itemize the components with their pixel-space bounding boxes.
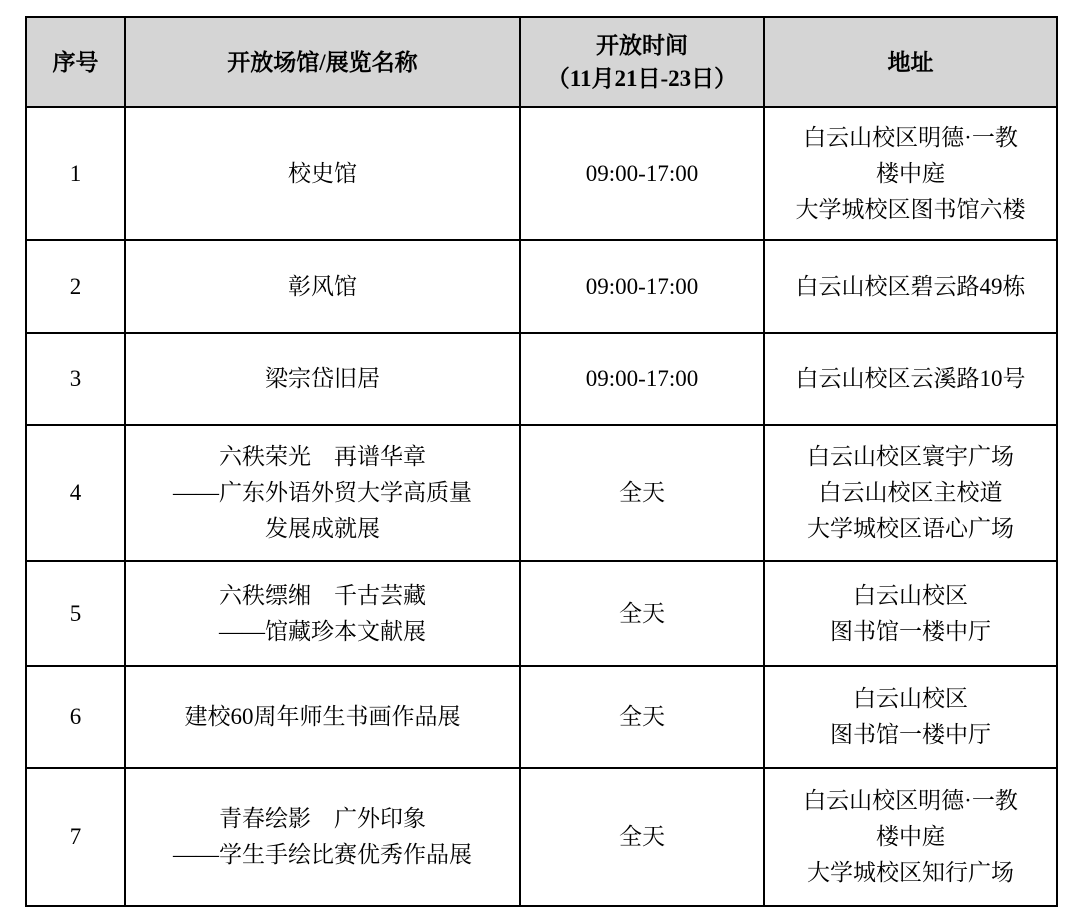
address-line: 图书馆一楼中厅	[771, 614, 1050, 650]
page: 序号 开放场馆/展览名称 开放时间 （11月21日-23日） 地址 1 校史馆 …	[0, 0, 1080, 920]
cell-no: 3	[26, 333, 125, 425]
address-line: 大学城校区语心广场	[771, 511, 1050, 547]
cell-time: 09:00-17:00	[520, 107, 764, 240]
venue-line: ——馆藏珍本文献展	[132, 614, 513, 650]
header-row: 序号 开放场馆/展览名称 开放时间 （11月21日-23日） 地址	[26, 17, 1057, 107]
address-line: 白云山校区明德·一教	[771, 120, 1050, 156]
venue-line: 六秩荣光 再谱华章	[132, 439, 513, 475]
cell-venue: 建校60周年师生书画作品展	[125, 666, 520, 768]
table-row: 5 六秩缥缃 千古芸藏 ——馆藏珍本文献展 全天 白云山校区 图书馆一楼中厅	[26, 561, 1057, 666]
address-line: 白云山校区碧云路49栋	[771, 269, 1050, 305]
venue-line: ——广东外语外贸大学高质量	[132, 475, 513, 511]
address-line: 白云山校区云溪路10号	[771, 361, 1050, 397]
venue-line: 校史馆	[132, 156, 513, 192]
cell-no: 2	[26, 240, 125, 333]
address-line: 白云山校区主校道	[771, 475, 1050, 511]
cell-address: 白云山校区 图书馆一楼中厅	[764, 666, 1057, 768]
table-row: 2 彰风馆 09:00-17:00 白云山校区碧云路49栋	[26, 240, 1057, 333]
venue-line: 青春绘影 广外印象	[132, 801, 513, 837]
cell-venue: 校史馆	[125, 107, 520, 240]
header-cell-venue: 开放场馆/展览名称	[125, 17, 520, 107]
cell-venue: 青春绘影 广外印象 ——学生手绘比赛优秀作品展	[125, 768, 520, 906]
cell-address: 白云山校区明德·一教 楼中庭 大学城校区知行广场	[764, 768, 1057, 906]
table-row: 3 梁宗岱旧居 09:00-17:00 白云山校区云溪路10号	[26, 333, 1057, 425]
header-time-line1: 开放时间	[527, 29, 757, 62]
header-cell-address: 地址	[764, 17, 1057, 107]
address-line: 大学城校区知行广场	[771, 855, 1050, 891]
cell-address: 白云山校区明德·一教 楼中庭 大学城校区图书馆六楼	[764, 107, 1057, 240]
cell-address: 白云山校区云溪路10号	[764, 333, 1057, 425]
venue-line: ——学生手绘比赛优秀作品展	[132, 837, 513, 873]
cell-time: 09:00-17:00	[520, 333, 764, 425]
cell-address: 白云山校区碧云路49栋	[764, 240, 1057, 333]
cell-venue: 六秩荣光 再谱华章 ——广东外语外贸大学高质量 发展成就展	[125, 425, 520, 561]
address-line: 白云山校区	[771, 578, 1050, 614]
cell-time: 全天	[520, 666, 764, 768]
cell-time: 全天	[520, 425, 764, 561]
address-line: 楼中庭	[771, 156, 1050, 192]
table-row: 7 青春绘影 广外印象 ——学生手绘比赛优秀作品展 全天 白云山校区明德·一教 …	[26, 768, 1057, 906]
cell-address: 白云山校区寰宇广场 白云山校区主校道 大学城校区语心广场	[764, 425, 1057, 561]
open-venues-table: 序号 开放场馆/展览名称 开放时间 （11月21日-23日） 地址 1 校史馆 …	[25, 16, 1058, 907]
cell-venue: 六秩缥缃 千古芸藏 ——馆藏珍本文献展	[125, 561, 520, 666]
address-line: 白云山校区寰宇广场	[771, 439, 1050, 475]
header-cell-no: 序号	[26, 17, 125, 107]
venue-line: 发展成就展	[132, 511, 513, 547]
cell-time: 全天	[520, 561, 764, 666]
cell-time: 全天	[520, 768, 764, 906]
header-time-line2: （11月21日-23日）	[527, 62, 757, 95]
cell-no: 6	[26, 666, 125, 768]
cell-time: 09:00-17:00	[520, 240, 764, 333]
cell-venue: 梁宗岱旧居	[125, 333, 520, 425]
address-line: 白云山校区	[771, 681, 1050, 717]
cell-no: 7	[26, 768, 125, 906]
cell-no: 4	[26, 425, 125, 561]
header-cell-time: 开放时间 （11月21日-23日）	[520, 17, 764, 107]
address-line: 图书馆一楼中厅	[771, 717, 1050, 753]
cell-no: 1	[26, 107, 125, 240]
table-row: 4 六秩荣光 再谱华章 ——广东外语外贸大学高质量 发展成就展 全天 白云山校区…	[26, 425, 1057, 561]
cell-venue: 彰风馆	[125, 240, 520, 333]
venue-line: 梁宗岱旧居	[132, 361, 513, 397]
venue-line: 六秩缥缃 千古芸藏	[132, 578, 513, 614]
address-line: 白云山校区明德·一教	[771, 783, 1050, 819]
table-row: 1 校史馆 09:00-17:00 白云山校区明德·一教 楼中庭 大学城校区图书…	[26, 107, 1057, 240]
table-row: 6 建校60周年师生书画作品展 全天 白云山校区 图书馆一楼中厅	[26, 666, 1057, 768]
address-line: 楼中庭	[771, 819, 1050, 855]
venue-line: 建校60周年师生书画作品展	[132, 699, 513, 735]
venue-line: 彰风馆	[132, 269, 513, 305]
cell-no: 5	[26, 561, 125, 666]
address-line: 大学城校区图书馆六楼	[771, 192, 1050, 228]
cell-address: 白云山校区 图书馆一楼中厅	[764, 561, 1057, 666]
